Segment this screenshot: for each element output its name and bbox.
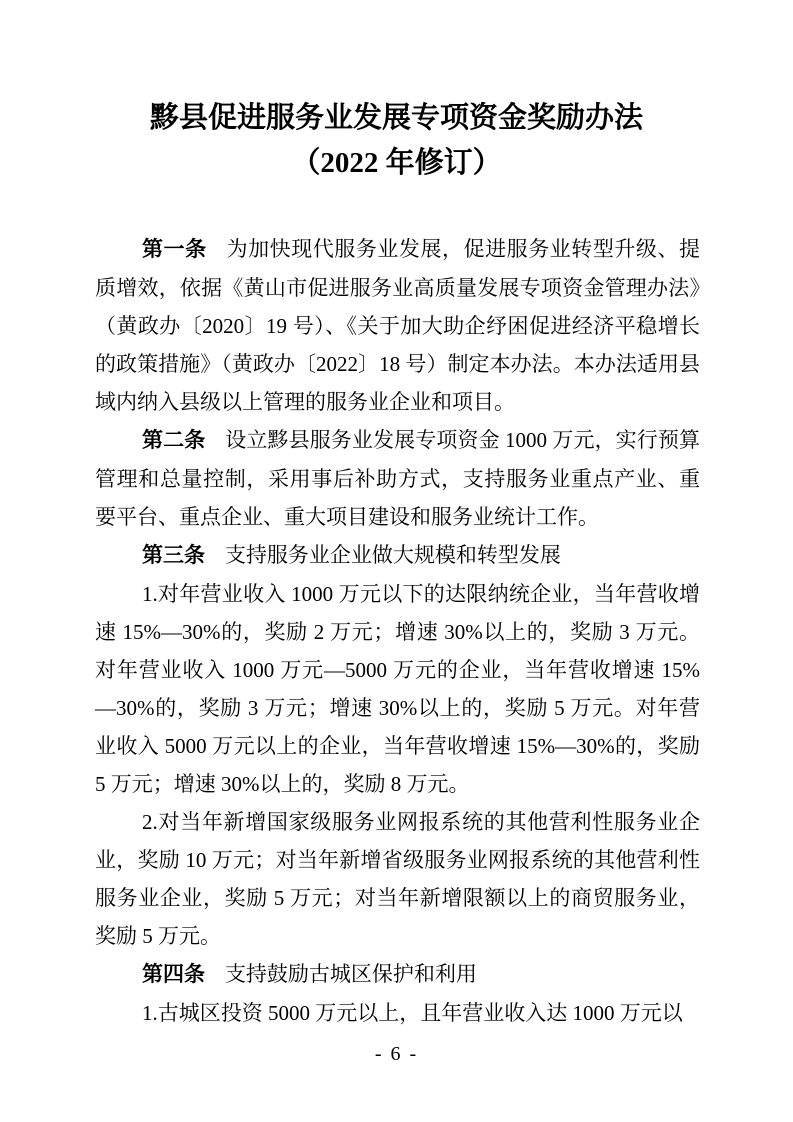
article-3-item-1-text: 1.对年营业收入 1000 万元以下的达限纳统企业，当年营收增速 15%—30%…: [95, 582, 700, 796]
document-title: 黟县促进服务业发展专项资金奖励办法 （2022 年修订）: [0, 0, 793, 186]
paragraph-article-4: 第四条支持鼓励古城区保护和利用: [95, 955, 700, 994]
paragraph-article-3-item-1: 1.对年营业收入 1000 万元以下的达限纳统企业，当年营收增速 15%—30%…: [95, 575, 700, 803]
article-1-label: 第一条: [142, 238, 207, 261]
paragraph-article-4-item-1: 1.古城区投资 5000 万元以上，且年营业收入达 1000 万元以: [95, 994, 700, 1032]
article-4-label: 第四条: [142, 963, 205, 986]
paragraph-article-3: 第三条支持服务业企业做大规模和转型发展: [95, 536, 700, 575]
article-3-label: 第三条: [142, 544, 205, 567]
document-title-line-1: 黟县促进服务业发展专项资金奖励办法: [0, 96, 793, 141]
page-number: - 6 -: [0, 1043, 793, 1065]
article-1-text: 为加快现代服务业发展，促进服务业转型升级、提质增效，依据《黄山市促进服务业高质量…: [95, 237, 700, 414]
document-title-line-2: （2022 年修订）: [0, 141, 793, 186]
article-4-item-1-text: 1.古城区投资 5000 万元以上，且年营业收入达 1000 万元以: [142, 1001, 683, 1025]
paragraph-article-1: 第一条为加快现代服务业发展，促进服务业转型升级、提质增效，依据《黄山市促进服务业…: [95, 230, 700, 421]
article-4-text: 支持鼓励古城区保护和利用: [225, 962, 477, 986]
article-3-item-2-text: 2.对当年新增国家级服务业网报系统的其他营利性服务业企业，奖励 10 万元；对当…: [95, 810, 700, 948]
document-body: 第一条为加快现代服务业发展，促进服务业转型升级、提质增效，依据《黄山市促进服务业…: [95, 230, 700, 1032]
document-page: 黟县促进服务业发展专项资金奖励办法 （2022 年修订） 第一条为加快现代服务业…: [0, 0, 793, 1122]
article-2-label: 第二条: [142, 429, 205, 452]
article-3-text: 支持服务业企业做大规模和转型发展: [225, 543, 561, 567]
paragraph-article-2: 第二条设立黟县服务业发展专项资金 1000 万元，实行预算管理和总量控制，采用事…: [95, 421, 700, 536]
paragraph-article-3-item-2: 2.对当年新增国家级服务业网报系统的其他营利性服务业企业，奖励 10 万元；对当…: [95, 803, 700, 955]
